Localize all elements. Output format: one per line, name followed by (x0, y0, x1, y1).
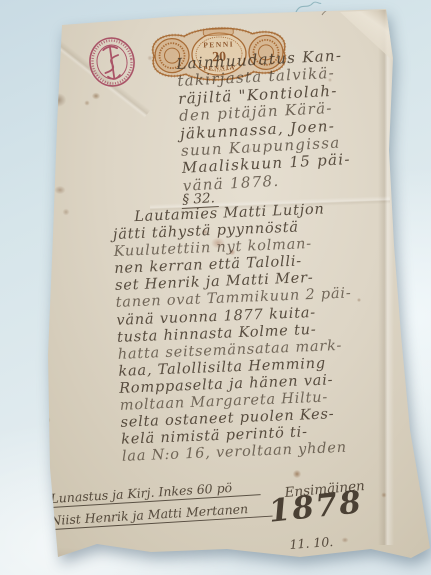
handwritten-date-number: 11. 10. (289, 534, 334, 552)
photo-background: PENNI 20 PENNIÄ Lainhuudatus Kan-takirja… (0, 0, 431, 575)
vertical-fold-crease (378, 10, 394, 545)
stamp-word-top: PENNI (203, 39, 234, 49)
ink-flourish-icon (318, 0, 362, 18)
handwritten-body-block: Lautamies Matti Lutjonjätti tähystä pyyn… (112, 201, 358, 467)
handwritten-opening-block: Lainhuudatus Kan-takirjasta talvikä-räji… (176, 47, 352, 195)
handwritten-year: 1878 (267, 484, 365, 530)
notary-seal-icon (82, 31, 141, 94)
document-paper-wrapper: PENNI 20 PENNIÄ Lainhuudatus Kan-takirja… (0, 0, 431, 575)
document-paper: PENNI 20 PENNIÄ Lainhuudatus Kan-takirja… (0, 0, 431, 575)
